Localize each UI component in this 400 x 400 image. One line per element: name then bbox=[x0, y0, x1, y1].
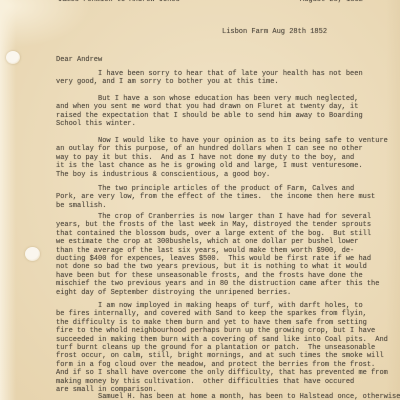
letter-line: not done so bad the two years previous, … bbox=[56, 263, 379, 271]
letter-line: succeeded in making them burn with a cov… bbox=[56, 336, 388, 344]
letter-line: the difficulty is to make them burn and … bbox=[56, 319, 388, 327]
letter-line: And if so I shall have overcome the only… bbox=[56, 369, 388, 377]
letter-line: School this winter. bbox=[56, 120, 363, 128]
letter-line: be smallish. bbox=[56, 202, 375, 210]
letter-line: be fires internally, and covered with Sa… bbox=[56, 310, 388, 318]
letter-paragraph-5: The crop of Cranberries is now larger th… bbox=[56, 213, 379, 297]
letter-paragraph-1: I have been sorry to hear that of late y… bbox=[56, 70, 363, 87]
letter-line: eight day of September distroying the un… bbox=[56, 289, 379, 297]
letter-line: form in a fog cloud over the meadow, and… bbox=[56, 361, 388, 369]
letter-line: years, but the frosts of the last week i… bbox=[56, 221, 379, 229]
paper-blemish-spot bbox=[25, 247, 40, 261]
letter-page: James Fenwick to Andrew Jones August 28,… bbox=[0, 0, 400, 400]
letter-line: The boy is industrious & conscientious, … bbox=[56, 171, 388, 179]
letter-line: Pork, are very low, from the effect of t… bbox=[56, 193, 375, 201]
letter-line: and when you sent me word that you had d… bbox=[56, 103, 363, 111]
letter-line: very good, and I am sorry to bother you … bbox=[56, 78, 363, 86]
letter-line: frost occur, on calm, still, bright morn… bbox=[56, 352, 388, 360]
letter-line: that contained the blossom buds, over a … bbox=[56, 230, 379, 238]
catalog-correspondents: James Fenwick to Andrew Jones bbox=[58, 0, 180, 4]
letter-paragraph-6: I am now imployed in making heaps of tur… bbox=[56, 302, 388, 394]
letter-paragraph-7: Samuel H. has been at home a month, has … bbox=[56, 393, 400, 400]
letter-line: an outlay for this purpose, of an hundre… bbox=[56, 145, 388, 153]
letter-paragraph-2: But I have a son whose education has bee… bbox=[56, 95, 363, 129]
paper-blemish-spot bbox=[6, 51, 20, 64]
letter-line: than the average of the last six years, … bbox=[56, 247, 379, 255]
letter-salutation: Dear Andrew bbox=[56, 56, 102, 64]
letter-line: have been but for these unseasonable fro… bbox=[56, 272, 379, 280]
letter-dateline: Lisbon Farm Aug 28th 1852 bbox=[222, 28, 327, 36]
letter-line: fire to the whold neighbourhood perhaps … bbox=[56, 327, 388, 335]
letter-line: raised the expectation that I should be … bbox=[56, 112, 363, 120]
letter-line: mischief the two previous years and in 8… bbox=[56, 280, 379, 288]
letter-line: way to pay it but this. And as I have no… bbox=[56, 154, 388, 162]
letter-paragraph-4: The two principle articles of the produc… bbox=[56, 185, 375, 210]
letter-line: making money by this cultivation. other … bbox=[56, 378, 388, 386]
letter-line: we estimate the crop at 300bushels, whic… bbox=[56, 238, 379, 246]
catalog-date: August 28, 1852 bbox=[300, 0, 363, 4]
catalog-header-row: James Fenwick to Andrew Jones August 28,… bbox=[0, 0, 400, 6]
letter-line: it is the last chance as he is growing o… bbox=[56, 162, 388, 170]
letter-line: Samuel H. has been at home a month, has … bbox=[56, 393, 400, 400]
letter-paragraph-3: Now I would like to have your opinion as… bbox=[56, 137, 388, 179]
